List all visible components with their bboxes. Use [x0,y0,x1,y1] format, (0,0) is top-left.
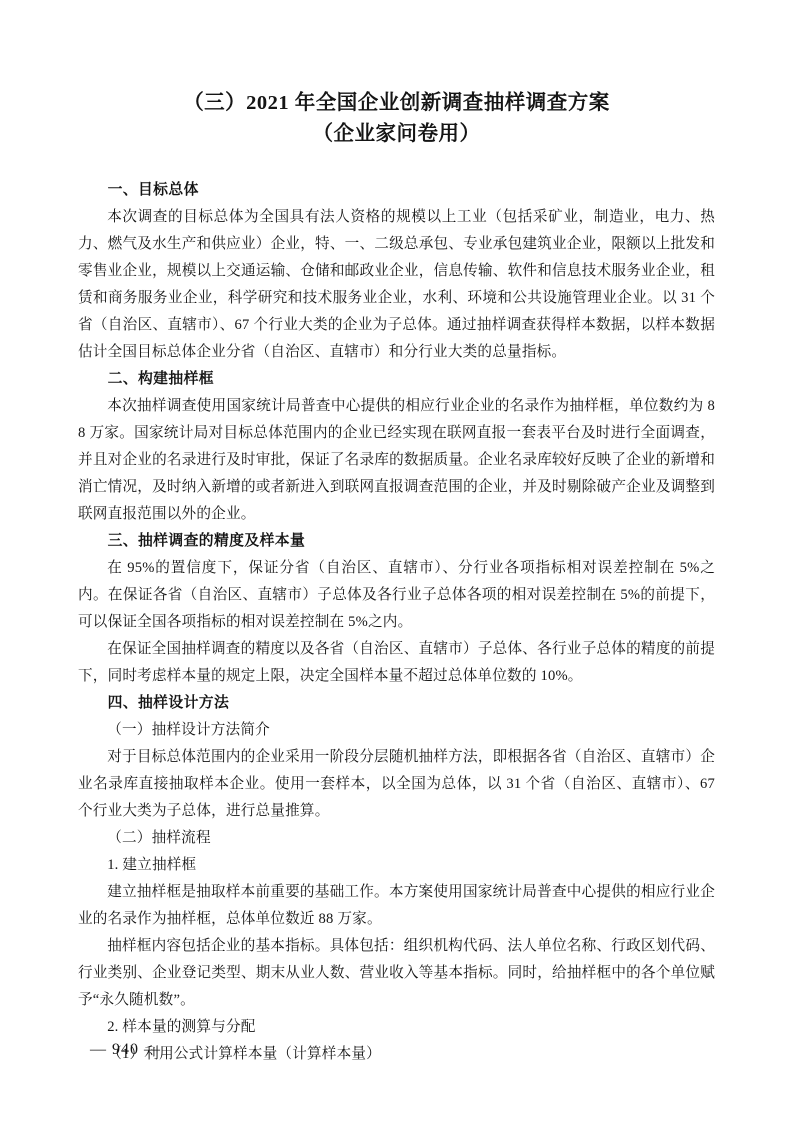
subsection-heading-design-intro: （一）抽样设计方法简介 [78,717,715,744]
document-title-line1: （三）2021 年全国企业创新调查抽样调查方案 [78,88,715,119]
document-title-line2: （企业家问卷用） [78,119,715,150]
section-heading-3: 三、抽样调查的精度及样本量 [78,528,715,555]
section-heading-2: 二、构建抽样框 [78,366,715,393]
section-heading-1: 一、目标总体 [78,177,715,204]
document-page: （三）2021 年全国企业创新调查抽样调查方案 （企业家问卷用） 一、目标总体 … [0,0,793,1122]
paragraph-design-method: 对于目标总体范围内的企业采用一阶段分层随机抽样方法，即根据各省（自治区、直辖市）… [78,744,715,825]
paragraph-precision-1: 在 95%的置信度下，保证分省（自治区、直辖市）、分行业各项指标相对误差控制在 … [78,555,715,636]
document-body: 一、目标总体 本次调查的目标总体为全国具有法人资格的规模以上工业（包括采矿业，制… [78,177,715,1068]
list-item-formula: （1）利用公式计算样本量（计算样本量） [78,1041,715,1068]
list-item-sample-size: 2. 样本量的测算与分配 [78,1014,715,1041]
paragraph-target-population: 本次调查的目标总体为全国具有法人资格的规模以上工业（包括采矿业，制造业，电力、热… [78,204,715,366]
paragraph-precision-2: 在保证全国抽样调查的精度以及各省（自治区、直辖市）子总体、各行业子总体的精度的前… [78,636,715,690]
paragraph-build-frame-1: 建立抽样框是抽取样本前重要的基础工作。本方案使用国家统计局普查中心提供的相应行业… [78,879,715,933]
page-number: — 940 — [90,1040,161,1060]
paragraph-sampling-frame: 本次抽样调查使用国家统计局普查中心提供的相应行业企业的名录作为抽样框，单位数约为… [78,393,715,528]
paragraph-build-frame-2: 抽样框内容包括企业的基本指标。具体包括：组织机构代码、法人单位名称、行政区划代码… [78,933,715,1014]
list-item-build-frame: 1. 建立抽样框 [78,852,715,879]
section-heading-4: 四、抽样设计方法 [78,690,715,717]
subsection-heading-sampling-process: （二）抽样流程 [78,825,715,852]
